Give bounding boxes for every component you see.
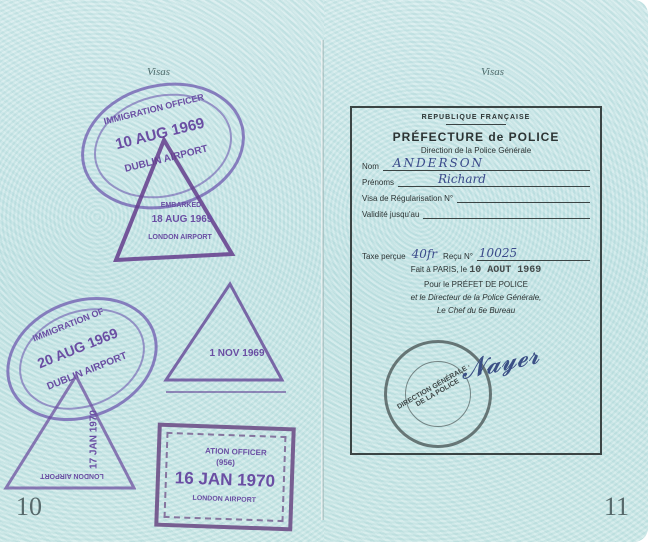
fait-label: Fait à PARIS, le [411,265,467,274]
visa-row: Visa de Régularisation N° [362,187,590,203]
chef-line: Le Chef du 6e Bureau [352,306,600,315]
stamp-text: LONDON AIRPORT [159,494,289,506]
stamp-text: LONDON AIRPORT [22,472,122,479]
prenoms-label: Prénoms [362,178,394,187]
stamp-text: IMMIGRATION OF [0,292,140,357]
prefecture-visa-stamp: REPUBLIQUE FRANÇAISE PRÉFECTURE de POLIC… [350,106,602,455]
taxe-label: Taxe perçue [362,252,406,261]
stamp-date: 17 JAN 1970 [89,400,100,480]
divider [446,124,506,125]
page-number: 10 [16,492,42,522]
entry-stamp-london: ATION OFFICER (956) 16 JAN 1970 LONDON A… [154,423,296,532]
visa-label: Visa de Régularisation N° [362,194,453,203]
stamp-date: 16 JAN 1970 [160,468,291,493]
passport-page-right: Visas REPUBLIQUE FRANÇAISE PRÉFECTURE de… [324,0,648,542]
nom-value: ANDERSON [393,156,484,170]
stamp-code: (956) [160,456,290,470]
nom-row: Nom ANDERSON [362,155,590,171]
prenoms-value: Richard [438,172,486,186]
stamp-date: 18 AUG 1969 [134,214,230,225]
pour-line: Pour le PRÉFET DE POLICE [352,280,600,289]
passport-spread: Visas IMMIGRATION OFFICER 10 AUG 1969 DU… [0,0,648,542]
prefecture-title: PRÉFECTURE de POLICE [352,130,600,144]
page-heading: Visas [147,66,170,78]
recu-value: 10025 [479,246,517,260]
stamp-text: LONDON AIRPORT [132,234,228,241]
recu-label: Reçu N° [443,252,473,261]
validite-label: Validité jusqu'au [362,210,419,219]
passport-page-left: Visas IMMIGRATION OFFICER 10 AUG 1969 DU… [0,0,324,542]
exit-stamp-london-1: EMBARKED 18 AUG 1969 LONDON AIRPORT [112,136,236,262]
nom-label: Nom [362,162,379,171]
stamp-nov-1969: 1 NOV 1969 [160,280,288,410]
stamp-date: 1 NOV 1969 [192,348,282,359]
visa-line [457,190,590,203]
fait-row: Fait à PARIS, le 10 AOUT 1969 [352,265,600,276]
validite-line [423,206,590,219]
page-heading: Visas [481,66,504,78]
fait-date: 10 AOUT 1969 [469,265,541,276]
page-number: 11 [604,492,629,522]
taxe-value: 40fr [412,247,437,261]
directeur-line: et le Directeur de la Police Générale, [352,293,600,302]
republic-label: REPUBLIQUE FRANÇAISE [352,114,600,121]
stamp-text: IMMIGRATION OFFICER [75,85,233,133]
taxe-row: Taxe perçue 40fr Reçu N° 10025 [362,245,590,261]
signature: 𝓝𝓪𝔂𝓮𝓻 [458,340,542,387]
stamp-text: EMBARKED [136,202,226,209]
prefecture-subtitle: Direction de la Police Générale [352,146,600,155]
stamp-text: ATION OFFICER [181,445,291,458]
exit-stamp-london-2: 17 JAN 1970 LONDON AIRPORT [2,372,136,492]
prenoms-row: Prénoms Richard [362,171,590,187]
validite-row: Validité jusqu'au [362,203,590,219]
